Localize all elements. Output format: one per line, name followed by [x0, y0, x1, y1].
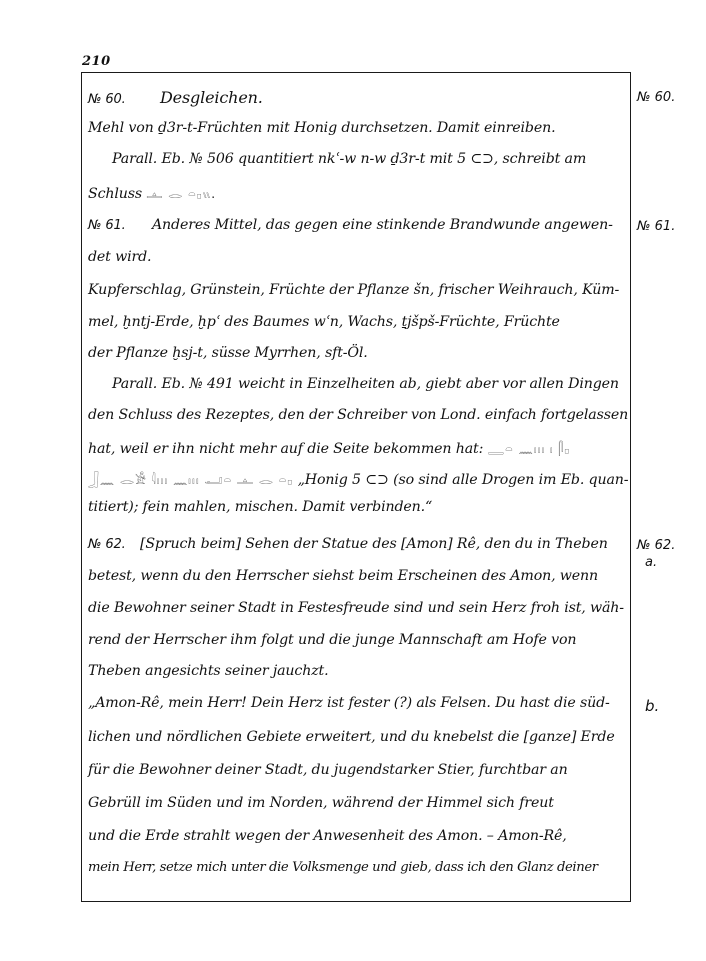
section-62-line-1: [Spruch beim] Sehen der Statue des [Amon… [140, 536, 608, 552]
section-62-line-4: rend der Herrscher ihm folgt und die jun… [88, 632, 576, 648]
section-62-line-10: und die Erde strahlt wegen der Anwesenhe… [88, 828, 567, 844]
section-60-line-2: Parall. Eb. № 506 quantitiert nkʿ-w n-w … [112, 151, 586, 167]
section-61-line-7: 𓃀𓈖 𓂋𓀀 𓇋𓏥 𓈖𓏥 𓂝𓏏 𓊵 𓂋 𓏏𓊪 „Honig 5 ⊂⊃ (so si… [88, 468, 628, 488]
section-61-line-5: den Schluss des Rezeptes, den der Schrei… [88, 407, 628, 423]
section-61-title-line-2: det wird. [88, 249, 151, 265]
margin-note-61: № 61. [637, 219, 675, 234]
section-62-line-6: „Amon-Rê, mein Herr! Dein Herz ist feste… [88, 695, 610, 711]
hieroglyph-group-icon: 𓃀𓈖 𓂋𓀀 𓇋𓏥 𓈖𓏥 𓂝𓏏 𓊵 𓂋 𓏏𓊪 [88, 473, 293, 487]
hieroglyph-group-icon: 𓇿𓏏 𓈖𓏥 𓏤 𓋴𓊪 [488, 442, 571, 456]
page-number: 210 [82, 54, 111, 69]
section-61-line-4: Parall. Eb. № 491 weicht in Einzelheiten… [112, 376, 619, 392]
section-61-line-1: Kupferschlag, Grünstein, Früchte der Pfl… [88, 282, 619, 298]
margin-note-62b: b. [645, 697, 659, 715]
section-60-line-3-text: Schluss [88, 186, 142, 202]
section-60-title: Desgleichen. [160, 88, 263, 107]
section-61-number: № 61. [88, 218, 126, 233]
section-61-heading: № 61. Anderes Mittel, das gegen eine sti… [88, 217, 613, 233]
hieroglyph-group-icon: 𓊵 𓂋 𓏏𓊪𓏭. [146, 187, 216, 201]
section-60-number: № 60. [88, 92, 126, 107]
section-61-line-6: hat, weil er ihn nicht mehr auf die Seit… [88, 437, 570, 457]
section-60-line-1: Mehl von ḏ3r-t-Früchten mit Honig durchs… [88, 120, 555, 136]
section-62-line-7: lichen und nördlichen Gebiete erweitert,… [88, 729, 615, 745]
section-61-line-3: der Pflanze ḫsj-t, süsse Myrrhen, sft-Öl… [88, 345, 368, 361]
section-62-line-5: Theben angesichts seiner jauchzt. [88, 663, 328, 679]
section-61-line-8: titiert); fein mahlen, mischen. Damit ve… [88, 499, 432, 515]
section-62-line-8: für die Bewohner deiner Stadt, du jugend… [88, 762, 568, 778]
section-62-line-9: Gebrüll im Süden und im Norden, während … [88, 795, 554, 811]
margin-note-62a: a. [645, 555, 657, 570]
section-60-line-3: Schluss 𓊵 𓂋 𓏏𓊪𓏭. [88, 182, 216, 202]
section-61-line-7-text: „Honig 5 ⊂⊃ (so sind alle Drogen im Eb. … [298, 472, 629, 488]
section-62-line-11: mein Herr, setze mich unter die Volksmen… [88, 860, 598, 875]
section-61-line-6-text: hat, weil er ihn nicht mehr auf die Seit… [88, 441, 483, 457]
section-62-line-2: betest, wenn du den Herrscher siehst bei… [88, 568, 598, 584]
margin-note-60: № 60. [637, 90, 675, 105]
section-62-heading: № 62. [Spruch beim] Sehen der Statue des… [88, 536, 608, 552]
section-62-line-3: die Bewohner seiner Stadt in Festesfreud… [88, 600, 624, 616]
section-61-line-2: mel, ḫntj-Erde, ḫpʿ des Baumes wʿn, Wach… [88, 314, 560, 330]
section-61-title-line-1: Anderes Mittel, das gegen eine stinkende… [152, 217, 613, 233]
section-62-number: № 62. [88, 537, 126, 552]
margin-note-62: № 62. [637, 538, 675, 553]
section-60-heading: № 60. Desgleichen. [88, 88, 263, 107]
